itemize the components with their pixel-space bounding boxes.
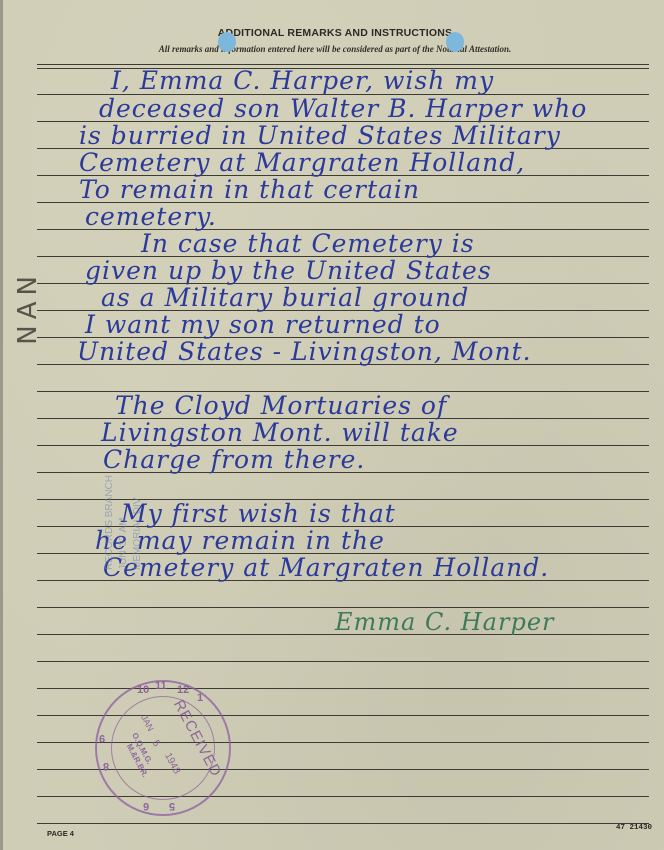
document-page: ADDITIONAL REMARKS AND INSTRUCTIONS All … — [0, 0, 664, 850]
stamp-ring-number: 5 — [169, 800, 175, 812]
handwritten-line: given up by the United States — [85, 256, 492, 285]
stamp-ring-number: 9 — [99, 732, 105, 744]
stamp-ring-number: 6 — [143, 800, 149, 812]
handwritten-line: Cemetery at Margraten Holland, — [79, 148, 525, 177]
handwritten-line: Charge from there. — [103, 445, 365, 474]
stamp-ring-number: 12 — [177, 684, 189, 696]
handwritten-line: In case that Cemetery is — [141, 229, 475, 258]
handwritten-line: My first wish is that — [121, 499, 396, 528]
stamp-line: JUN '37 AM — [118, 518, 129, 570]
form-number: 47 21430 — [616, 824, 652, 832]
form-header-subtitle: All remarks and information entered here… — [3, 44, 664, 54]
handwritten-line: Livingston Mont. will take — [101, 418, 459, 447]
stamp-ring-number: 10 — [137, 684, 149, 696]
handwritten-line: The Cloyd Mortuaries of — [115, 391, 447, 420]
received-stamp: 10 11 12 1 9 8 6 5 RECEIVED JAN 5 1948 O… — [95, 680, 231, 816]
ruled-line — [37, 661, 649, 662]
handwritten-line: Cemetery at Margraten Holland. — [103, 553, 549, 582]
handwritten-line: cemetery. — [85, 202, 217, 231]
stamp-ring-number: 11 — [155, 680, 167, 692]
handwritten-line: is burried in United States Military — [79, 121, 561, 150]
ruled-line — [37, 823, 649, 824]
signature: Emma C. Harper — [335, 608, 555, 636]
handwritten-line: To remain in that certain — [79, 175, 420, 204]
page-label: PAGE 4 — [47, 829, 74, 838]
handwritten-line: I, Emma C. Harper, wish my — [111, 66, 494, 95]
punch-hole-right — [446, 32, 464, 52]
records-branch-stamp: RECORDS BRANCH JUN '37 AM MEMORIAL DIV — [103, 475, 145, 570]
handwritten-line: I want my son returned to — [85, 310, 441, 339]
stamp-ring-number: 1 — [197, 692, 203, 704]
stamp-line: RECORDS BRANCH — [104, 475, 115, 570]
punch-hole-left — [218, 32, 236, 52]
stamp-ring-number: 8 — [103, 760, 109, 772]
handwritten-line: United States - Livingston, Mont. — [77, 337, 532, 366]
margin-note: NAN — [13, 270, 43, 345]
handwritten-line: as a Military burial ground — [101, 283, 469, 312]
handwritten-line: deceased son Walter B. Harper who — [99, 94, 587, 123]
form-header-title: ADDITIONAL REMARKS AND INSTRUCTIONS — [3, 27, 664, 39]
stamp-line: MEMORIAL DIV — [132, 498, 143, 570]
